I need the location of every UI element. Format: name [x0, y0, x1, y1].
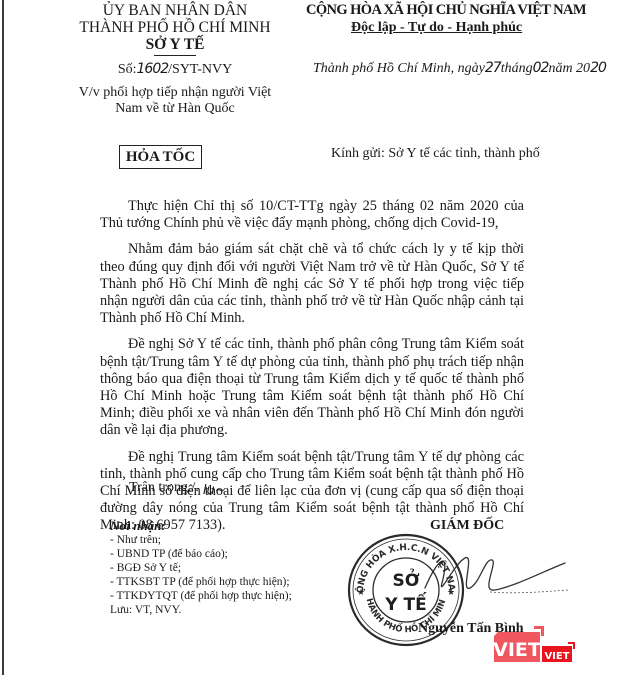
recipients-list: Nơi nhận: - Như trên; - UBND TP (để báo …	[110, 518, 292, 617]
svg-text:VIET: VIET	[544, 651, 569, 662]
agency-line-1: ỦY BAN NHÂN DÂN	[60, 2, 290, 19]
closing-text: Trân trọng./.	[129, 480, 199, 495]
national-header: CỘNG HÒA XÃ HỘI CHỦ NGHĨA VIỆT NAM Độc l…	[306, 2, 626, 36]
department-name: SỞ Y TẾ	[60, 36, 290, 53]
recipient-item: - UBND TP (để báo cáo);	[110, 547, 292, 561]
svg-text:★: ★	[357, 588, 365, 598]
doc-number-suffix: /SYT-NVY	[168, 62, 232, 77]
doc-number-prefix: Số:	[118, 62, 137, 77]
svg-text:VIET: VIET	[494, 639, 541, 661]
doc-number-handwritten: 1602	[137, 61, 169, 77]
date-month: 02	[533, 60, 549, 76]
recipient-item: - BGĐ Sở Y tế;	[110, 561, 292, 575]
national-motto: Độc lập - Tự do - Hạnh phúc	[351, 19, 626, 36]
date-month-label: tháng	[501, 61, 533, 76]
recipients-title: Nơi nhận:	[110, 518, 292, 533]
svg-text:★: ★	[447, 588, 455, 598]
subject-line-2: Nam về từ Hàn Quốc	[60, 101, 290, 117]
republic-title: CỘNG HÒA XÃ HỘI CHỦ NGHĨA VIỆT NAM	[306, 2, 626, 19]
place-date: Thành phố Hồ Chí Minh, ngày27tháng02năm …	[313, 60, 606, 77]
vietnamnet-logo: VIET VIET	[494, 626, 584, 666]
addressee-line: Kính gửi: Sở Y tế các tỉnh, thành phố	[331, 146, 540, 162]
header-divider	[154, 55, 196, 56]
recipient-item: - TTKSBT TP (để phối hợp thực hiện);	[110, 575, 292, 589]
urgent-label-box: HỎA TỐC	[119, 145, 202, 169]
page-left-border	[2, 0, 4, 675]
document-number: Số:1602/SYT-NVY	[60, 61, 290, 78]
document-subject: V/v phối hợp tiếp nhận người Việt Nam về…	[60, 85, 290, 117]
body-paragraph: Nhằm đảm bảo giám sát chặt chẽ và tổ chứ…	[100, 241, 524, 327]
body-paragraph: Đề nghị Sở Y tế các tỉnh, thành phố phân…	[100, 336, 524, 439]
place-date-prefix: Thành phố Hồ Chí Minh, ngày	[313, 61, 485, 76]
svg-text:Y TẾ: Y TẾ	[384, 591, 427, 615]
body-paragraph: Thực hiện Chỉ thị số 10/CT-TTg ngày 25 t…	[100, 198, 524, 232]
recipient-item: Lưu: VT, NVY.	[110, 603, 292, 617]
recipient-item: - Như trên;	[110, 533, 292, 547]
recipient-item: - TTKDYTQT (để phối hợp thực hiện);	[110, 589, 292, 603]
date-day: 27	[485, 60, 501, 76]
date-year-label: năm 20	[548, 61, 590, 76]
issuing-agency-header: ỦY BAN NHÂN DÂN THÀNH PHỐ HỒ CHÍ MINH SỞ…	[60, 2, 290, 117]
subject-line-1: V/v phối hợp tiếp nhận người Việt	[60, 85, 290, 101]
initial-mark-icon: lu~	[203, 483, 226, 498]
closing-line: Trân trọng./.lu~	[129, 480, 226, 496]
agency-line-2: THÀNH PHỐ HỒ CHÍ MINH	[60, 19, 290, 36]
svg-text:SỞ: SỞ	[392, 567, 419, 591]
date-year-suffix: 20	[590, 60, 606, 76]
